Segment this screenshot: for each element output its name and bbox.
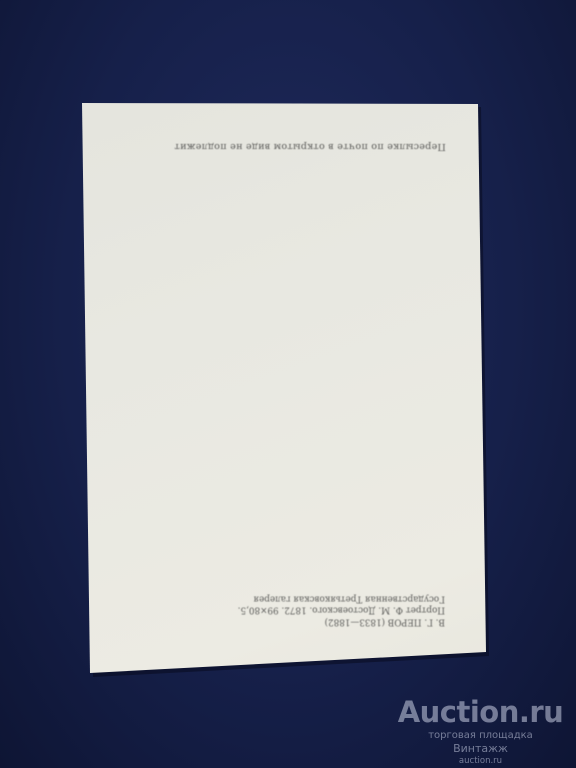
watermark: Auction.ru торговая площадка Винтажж auc…	[393, 695, 568, 767]
caption-line: В. Г. ПЕРОВ (1833—1882)	[270, 615, 445, 627]
artwork-caption: В. Г. ПЕРОВ (1833—1882) Портрет Ф. М. До…	[270, 592, 445, 627]
watermark-url: auction.ru	[393, 755, 568, 767]
watermark-brand: Auction.ru	[393, 695, 568, 729]
caption-line: Государственная Третьяковская галерея	[270, 592, 445, 604]
watermark-category: Винтажж	[393, 742, 568, 755]
watermark-tagline: торговая площадка	[393, 729, 568, 742]
postal-notice: Пересылке по почте в открытом виде не по…	[170, 141, 450, 152]
postcard-back	[0, 0, 576, 768]
caption-line: Портрет Ф. М. Достоевского. 1872. 99×80,…	[270, 604, 445, 616]
